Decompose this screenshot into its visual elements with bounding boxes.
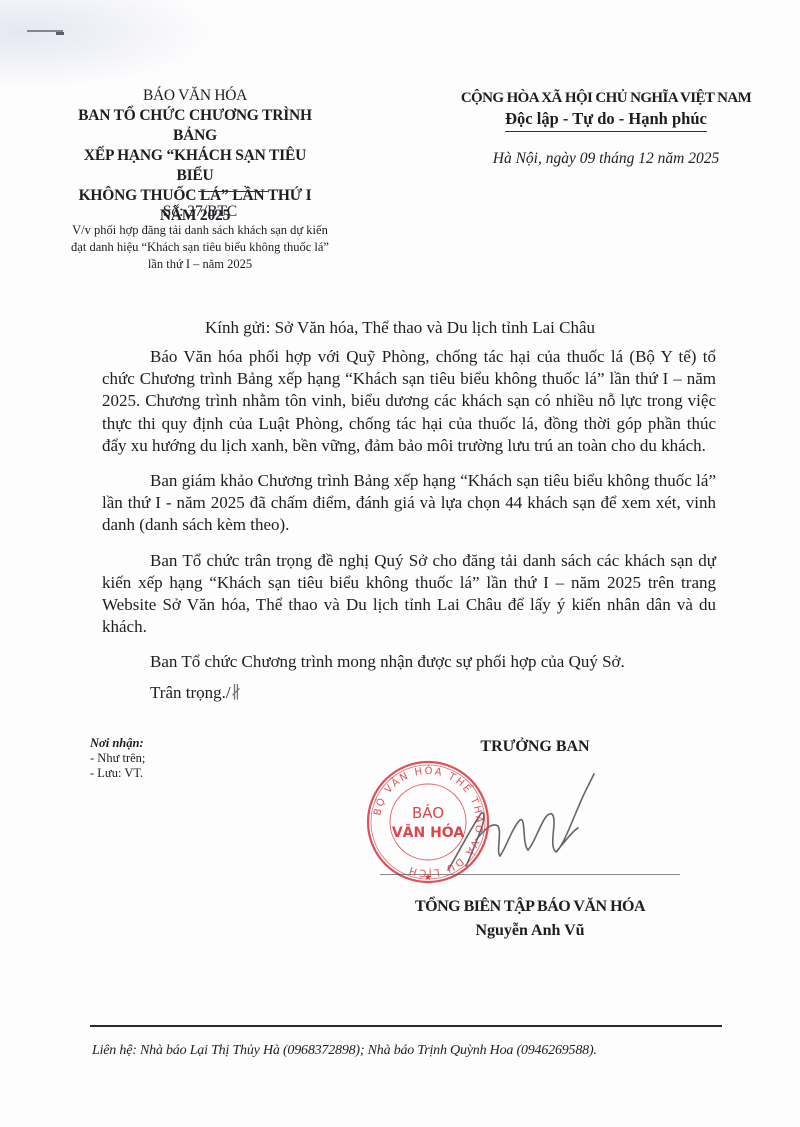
committee-line: XẾP HẠNG “KHÁCH SẠN TIÊU BIỂU — [70, 146, 320, 186]
subject-line: lần thứ I – năm 2025 — [60, 256, 340, 273]
header-divider — [198, 191, 268, 192]
body-paragraph: Ban Tổ chức trân trọng đề nghị Quý Sở ch… — [102, 550, 716, 639]
closing-text: Trân trọng./ — [150, 683, 231, 702]
body-paragraph: Báo Văn hóa phối hợp với Quỹ Phòng, chốn… — [102, 346, 716, 457]
place-date: Hà Nội, ngày 09 tháng 12 năm 2025 — [420, 150, 792, 168]
recipients-title: Nơi nhận: — [90, 736, 145, 751]
letter-body: Báo Văn hóa phối hợp với Quỹ Phòng, chốn… — [102, 346, 716, 717]
footer-divider — [90, 1025, 722, 1027]
signer-name: Nguyễn Anh Vũ — [370, 922, 690, 940]
republic-title: CỘNG HÒA XÃ HỘI CHỦ NGHĨA VIỆT NAM — [420, 88, 792, 108]
committee-line: BAN TỔ CHỨC CHƯƠNG TRÌNH BẢNG — [70, 106, 320, 146]
signer-title: TRƯỞNG BAN — [430, 738, 640, 756]
footer-contact: Liên hệ: Nhà báo Lại Thị Thủy Hà (096837… — [92, 1043, 597, 1059]
issuer-organization: BÁO VĂN HÓA — [70, 86, 320, 106]
signature-divider — [380, 874, 680, 875]
subject-line: V/v phối hợp đăng tải danh sách khách sạ… — [60, 222, 340, 239]
recipient-item: - Lưu: VT. — [90, 766, 145, 781]
closing: Trân trọng./∦ — [102, 682, 716, 704]
stamp-center-line: BÁO — [412, 803, 444, 822]
subject-line: đạt danh hiệu “Khách sạn tiêu biểu không… — [60, 239, 340, 256]
salutation: Kính gửi: Sở Văn hóa, Thể thao và Du lịc… — [0, 318, 800, 338]
scan-shadow — [0, 0, 220, 90]
official-stamp: BỘ VĂN HÓA THỂ THAO VÀ DU LỊCH BÁO VĂN H… — [364, 758, 492, 886]
stamp-center-line: VĂN HÓA — [392, 823, 465, 841]
national-motto: Độc lập - Tự do - Hạnh phúc — [505, 108, 707, 132]
scan-mark — [56, 32, 64, 35]
recipients: Nơi nhận: - Như trên; - Lưu: VT. — [90, 736, 145, 781]
document-reference: Số: 37/BTC V/v phối hợp đăng tải danh sá… — [60, 202, 340, 273]
signer-role: TỔNG BIÊN TẬP BÁO VĂN HÓA — [370, 898, 690, 916]
national-header: CỘNG HÒA XÃ HỘI CHỦ NGHĨA VIỆT NAM Độc l… — [420, 88, 792, 132]
recipient-item: - Như trên; — [90, 751, 145, 766]
document-number: Số: 37/BTC — [60, 202, 340, 222]
body-paragraph: Ban giám khảo Chương trình Bảng xếp hạng… — [102, 470, 716, 537]
body-paragraph: Ban Tổ chức Chương trình mong nhận được … — [102, 651, 716, 673]
initials-mark: ∦ — [231, 683, 242, 702]
